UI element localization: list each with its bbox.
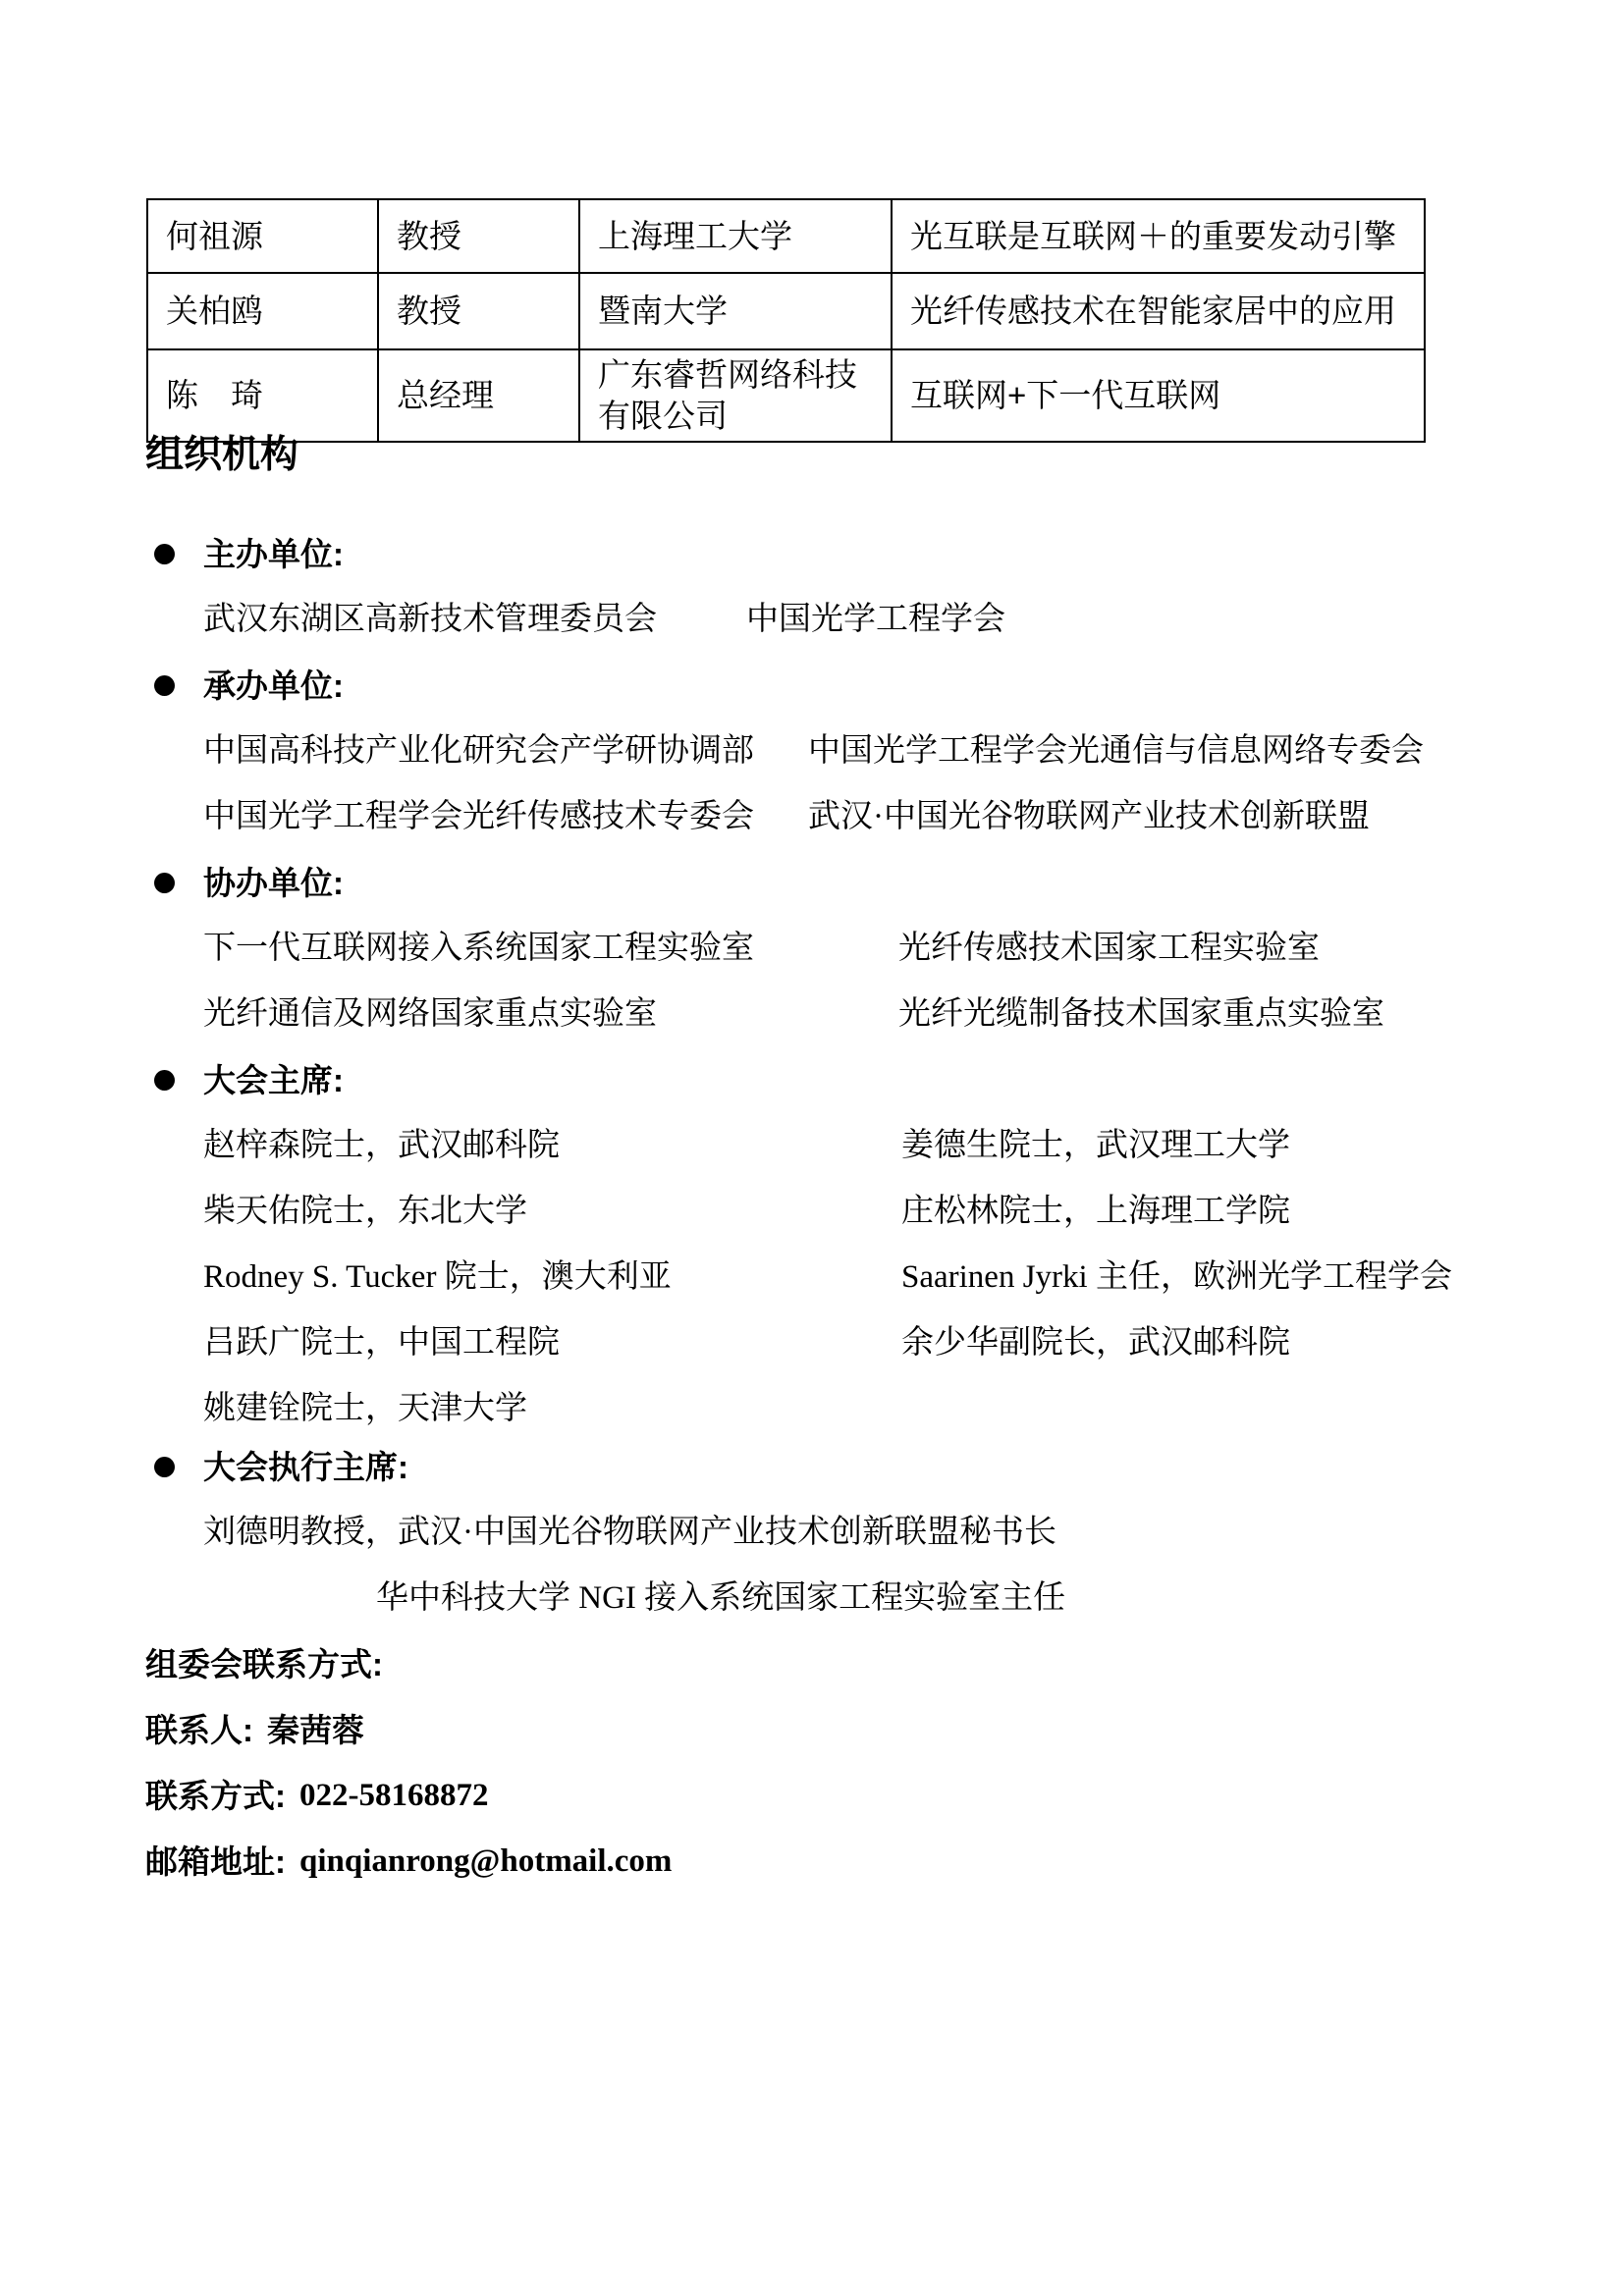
contact-email-value: qinqianrong@hotmail.com	[299, 1829, 672, 1895]
bullet-icon	[154, 544, 175, 564]
table-row: 关柏鸥 教授 暨南大学 光纤传感技术在智能家居中的应用	[147, 273, 1425, 349]
list-item-col1: 赵梓森院士，武汉邮科院	[203, 1113, 560, 1179]
list-item: 下一代互联网接入系统国家工程实验室 光纤传感技术国家工程实验室	[0, 916, 1624, 982]
contact-phone-line: 联系方式: 022-58168872	[145, 1763, 1624, 1829]
bullet-icon	[154, 675, 175, 696]
list-item-col1: 姚建铨院士，天津大学	[203, 1376, 527, 1442]
list-item-col1: 光纤通信及网络国家重点实验室	[203, 982, 657, 1047]
list-item: 武汉东湖区高新技术管理委员会 中国光学工程学会	[0, 587, 1624, 653]
contact-phone-value: 022-58168872	[299, 1763, 489, 1829]
bullet-icon	[154, 873, 175, 893]
speaker-org-cell: 暨南大学	[579, 273, 892, 349]
table-row: 何祖源 教授 上海理工大学 光互联是互联网＋的重要发动引擎	[147, 199, 1425, 273]
contact-phone-label: 联系方式:	[145, 1763, 286, 1829]
list-label-line: 大会执行主席:	[0, 1434, 1624, 1500]
speaker-name-cell: 关柏鸥	[147, 273, 378, 349]
list-item-col2: 余少华副院长，武汉邮科院	[901, 1310, 1290, 1376]
contact-person-line: 联系人: 秦茜蓉	[145, 1697, 1624, 1763]
speaker-topic-cell: 光互联是互联网＋的重要发动引擎	[892, 199, 1425, 273]
page-title: 组织机构	[145, 432, 298, 479]
list-item-col1: 中国高科技产业化研究会产学研协调部	[203, 719, 754, 784]
list-item: 赵梓森院士，武汉邮科院 姜德生院士，武汉理工大学	[0, 1113, 1624, 1179]
list-item-col2: 武汉·中国光谷物联网产业技术创新联盟	[808, 784, 1370, 850]
list-label-line: 大会主席:	[0, 1047, 1624, 1113]
contact-person-label: 联系人:	[145, 1697, 253, 1763]
list-item: 中国高科技产业化研究会产学研协调部 中国光学工程学会光通信与信息网络专委会	[0, 719, 1624, 784]
list-label: 承办单位:	[203, 653, 344, 719]
list-label: 大会主席:	[203, 1047, 344, 1113]
contact-email-label: 邮箱地址:	[145, 1829, 286, 1895]
speaker-title-cell: 总经理	[378, 349, 579, 442]
list-item-col1: 华中科技大学 NGI 接入系统国家工程实验室主任	[376, 1566, 1065, 1631]
list-item: 刘德明教授，武汉·中国光谷物联网产业技术创新联盟秘书长	[0, 1500, 1624, 1566]
list-item-col1: 柴天佑院士，东北大学	[203, 1179, 527, 1245]
document-page: 何祖源 教授 上海理工大学 光互联是互联网＋的重要发动引擎 关柏鸥 教授 暨南大…	[0, 0, 1624, 2296]
list-item-col2: 庄松林院士，上海理工学院	[901, 1179, 1290, 1245]
bullet-icon	[154, 1457, 175, 1477]
list-item-col2: 光纤光缆制备技术国家重点实验室	[898, 982, 1384, 1047]
list-label: 大会执行主席:	[203, 1434, 408, 1500]
table-row: 陈 琦 总经理 广东睿哲网络科技 有限公司 互联网+下一代互联网	[147, 349, 1425, 442]
list-item-col1: 武汉东湖区高新技术管理委员会	[203, 587, 657, 653]
list-item-col2: Saarinen Jyrki 主任，欧洲光学工程学会	[901, 1245, 1452, 1310]
speaker-name-cell: 何祖源	[147, 199, 378, 273]
list-item: 中国光学工程学会光纤传感技术专委会 武汉·中国光谷物联网产业技术创新联盟	[0, 784, 1624, 850]
speakers-table: 何祖源 教授 上海理工大学 光互联是互联网＋的重要发动引擎 关柏鸥 教授 暨南大…	[146, 198, 1426, 443]
list-item: 华中科技大学 NGI 接入系统国家工程实验室主任	[0, 1566, 1624, 1631]
speaker-topic-cell: 光纤传感技术在智能家居中的应用	[892, 273, 1425, 349]
list-item-col1: 下一代互联网接入系统国家工程实验室	[203, 916, 754, 982]
list-item-col2: 光纤传感技术国家工程实验室	[898, 916, 1320, 982]
contact-heading-label: 组委会联系方式:	[145, 1631, 383, 1697]
list-label: 协办单位:	[203, 850, 344, 916]
contact-email-line: 邮箱地址: qinqianrong@hotmail.com	[145, 1829, 1624, 1895]
list-item-col1: 刘德明教授，武汉·中国光谷物联网产业技术创新联盟秘书长	[203, 1500, 1056, 1566]
speaker-topic-cell: 互联网+下一代互联网	[892, 349, 1425, 442]
speaker-org-cell: 上海理工大学	[579, 199, 892, 273]
list-label-line: 承办单位:	[0, 653, 1624, 719]
list-item-col1: Rodney S. Tucker 院士，澳大利亚	[203, 1245, 672, 1310]
contact-person-value: 秦茜蓉	[267, 1697, 364, 1763]
list-label-line: 协办单位:	[0, 850, 1624, 916]
speaker-org-cell: 广东睿哲网络科技 有限公司	[579, 349, 892, 442]
list-item-col2: 中国光学工程学会光通信与信息网络专委会	[808, 719, 1424, 784]
speaker-name-cell: 陈 琦	[147, 349, 378, 442]
speaker-title-cell: 教授	[378, 273, 579, 349]
list-item-col1: 吕跃广院士，中国工程院	[203, 1310, 560, 1376]
list-label-line: 主办单位:	[0, 521, 1624, 587]
list-item-col2: 中国光学工程学会	[746, 587, 1005, 653]
list-item-col2: 姜德生院士，武汉理工大学	[901, 1113, 1290, 1179]
list-label: 主办单位:	[203, 521, 344, 587]
list-item: Rodney S. Tucker 院士，澳大利亚 Saarinen Jyrki …	[0, 1245, 1624, 1310]
speaker-title-cell: 教授	[378, 199, 579, 273]
contact-heading: 组委会联系方式:	[145, 1631, 1624, 1697]
list-item: 姚建铨院士，天津大学	[0, 1376, 1624, 1442]
list-item-col1: 中国光学工程学会光纤传感技术专委会	[203, 784, 754, 850]
list-item: 柴天佑院士，东北大学 庄松林院士，上海理工学院	[0, 1179, 1624, 1245]
bullet-icon	[154, 1070, 175, 1091]
list-item: 吕跃广院士，中国工程院 余少华副院长，武汉邮科院	[0, 1310, 1624, 1376]
list-item: 光纤通信及网络国家重点实验室 光纤光缆制备技术国家重点实验室	[0, 982, 1624, 1047]
